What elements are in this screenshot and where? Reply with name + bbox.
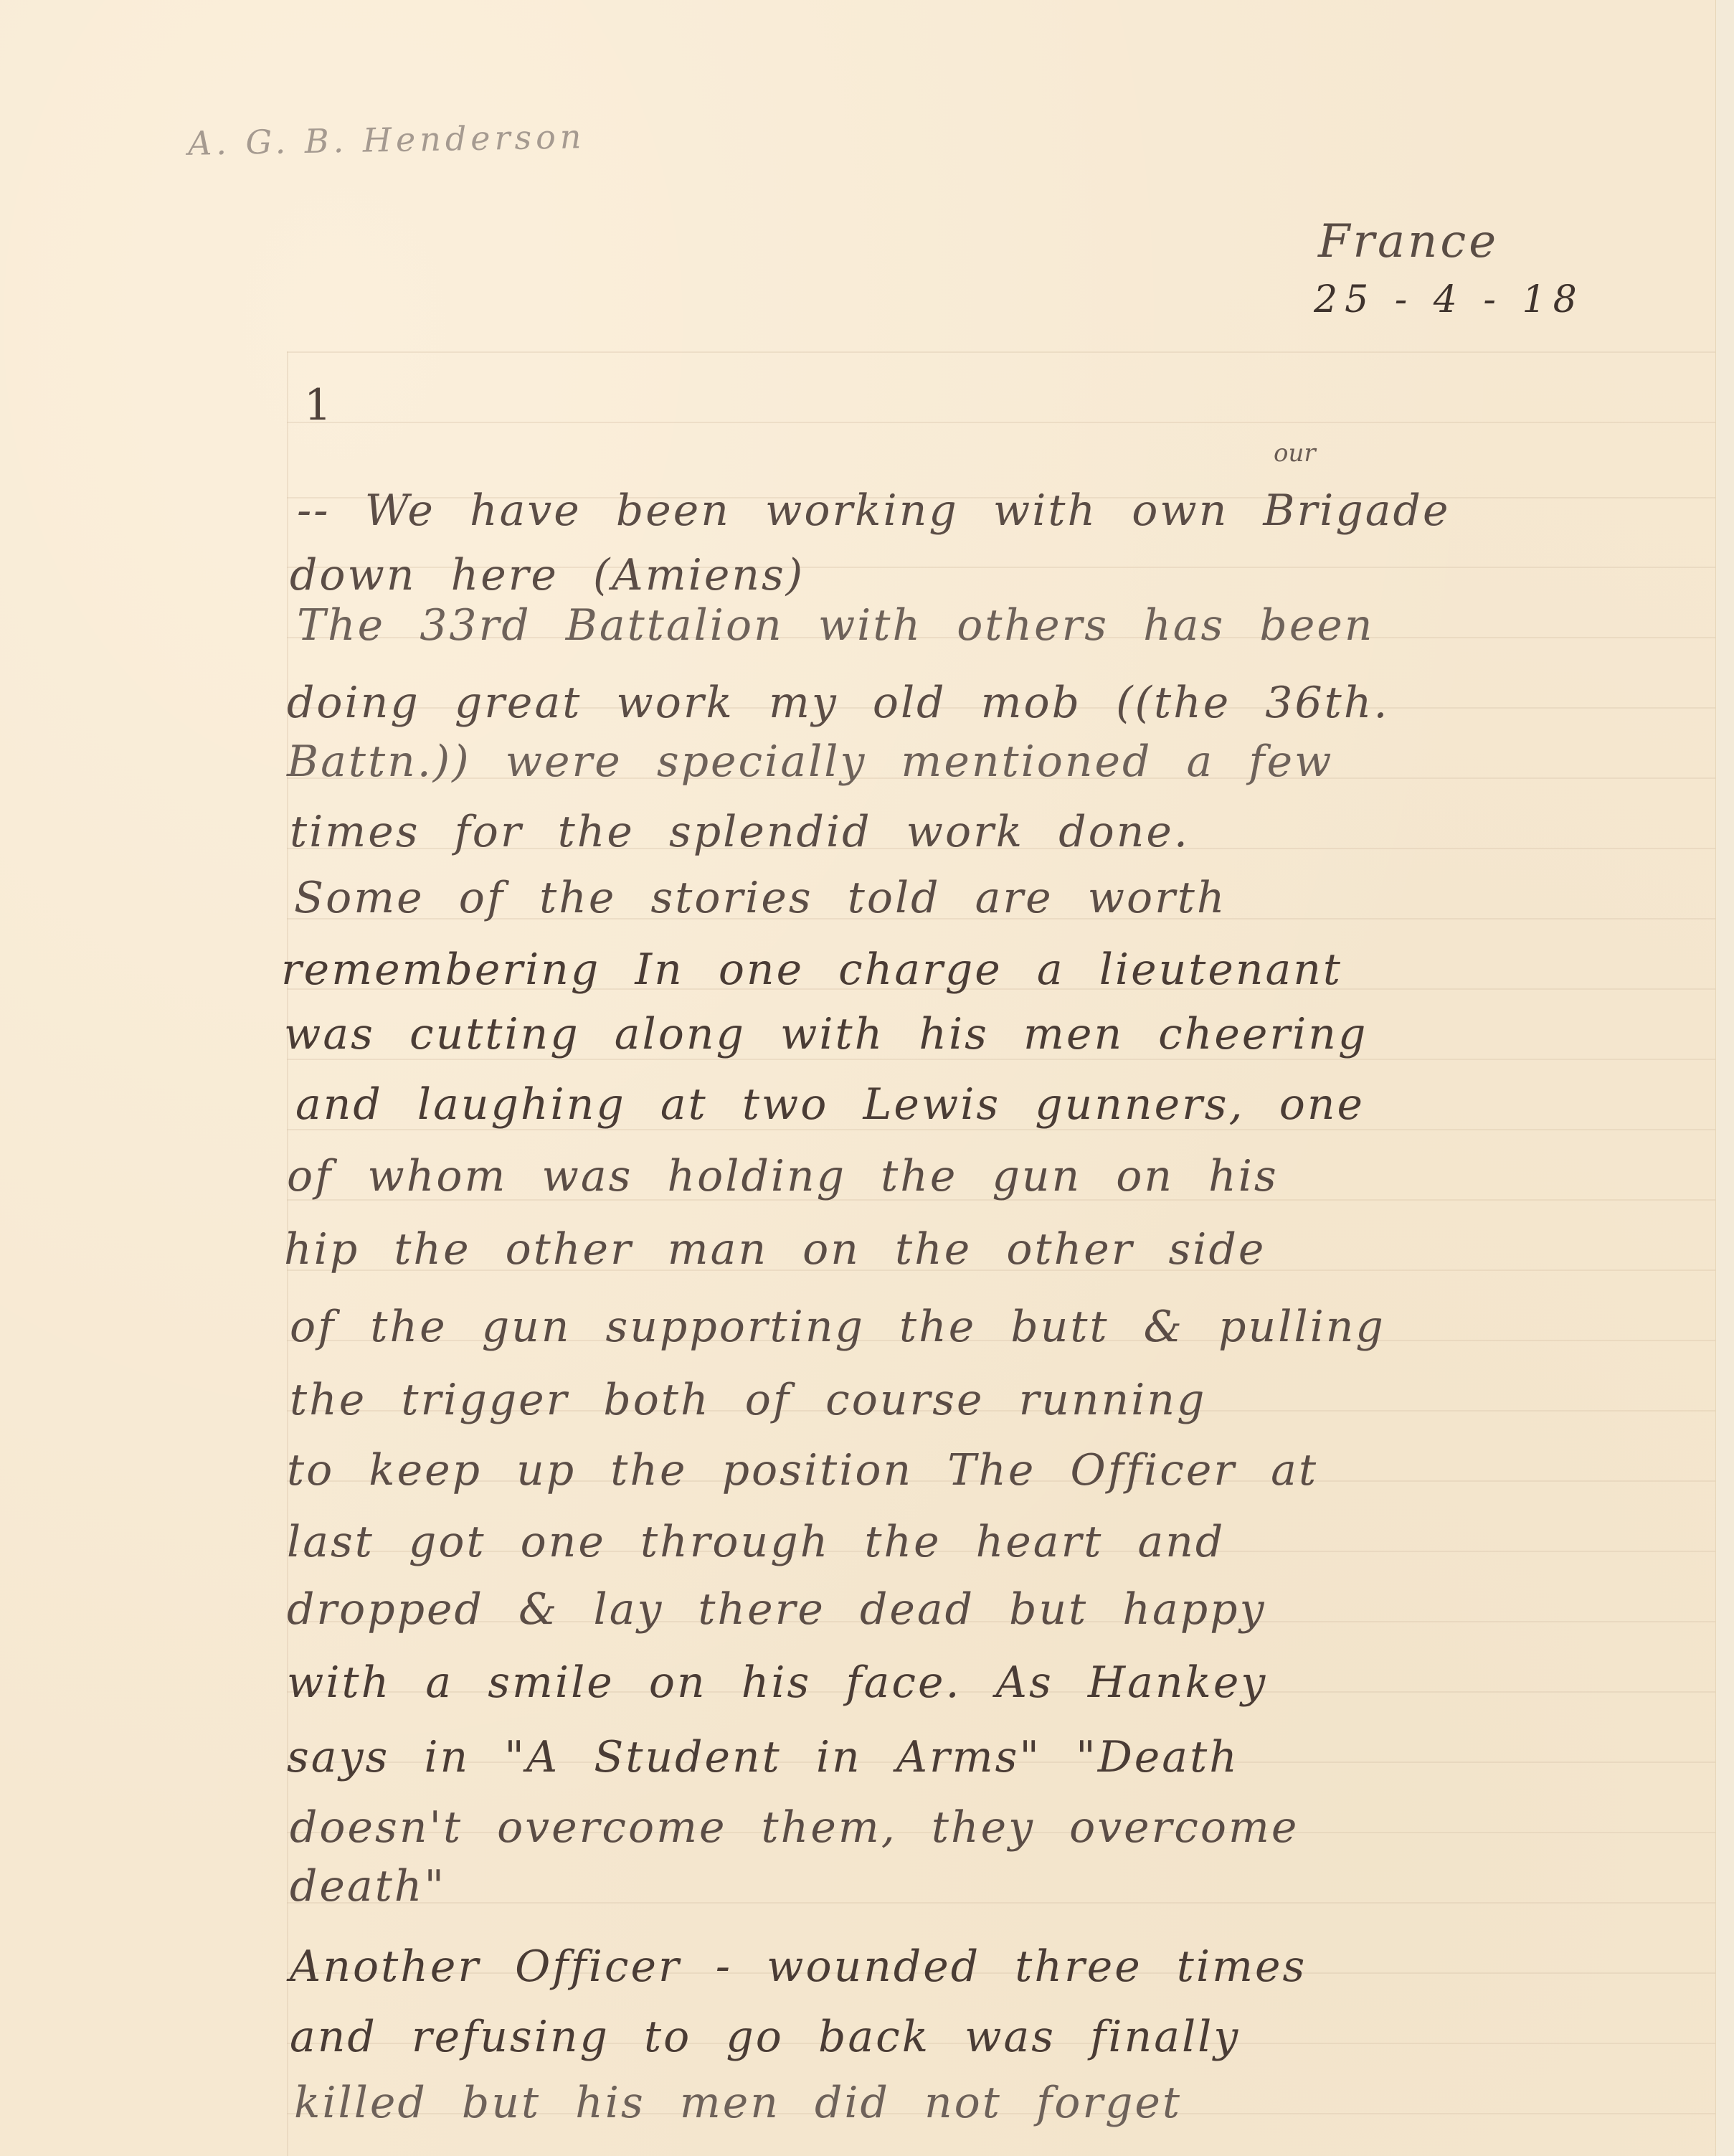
letter-line: doesn't overcome them, they overcome: [290, 1806, 1299, 1849]
letter-line: Another Officer - wounded three times: [290, 1945, 1307, 1988]
letter-line: times for the splendid work done.: [290, 810, 1190, 854]
letter-line: remembering In one charge a lieutenant: [281, 948, 1342, 991]
letter-line: killed but his men did not forget: [294, 2081, 1182, 2124]
letter-line: The 33rd Battalion with others has been: [297, 604, 1374, 647]
letter-date: 25 - 4 - 18: [1314, 278, 1584, 321]
letter-line: and refusing to go back was finally: [290, 2015, 1240, 2058]
letter-line: says in "A Student in Arms" "Death: [287, 1736, 1239, 1779]
letter-page: A. G. B. Henderson France 25 - 4 - 18 1 …: [0, 0, 1715, 2156]
page-edge: [1715, 0, 1734, 2156]
letter-line: of the gun supporting the butt & pulling: [290, 1305, 1385, 1348]
letter-line: doing great work my old mob ((the 36th.: [287, 681, 1389, 724]
letter-line: down here (Amiens): [290, 554, 805, 597]
pencil-annotation: A. G. B. Henderson: [188, 117, 586, 163]
letter-line: with a smile on his face. As Hankey: [287, 1661, 1267, 1704]
letter-line: death": [290, 1865, 446, 1908]
letter-line: last got one through the heart and: [287, 1521, 1225, 1564]
letter-line: and laughing at two Lewis gunners, one: [295, 1083, 1365, 1126]
letter-line: Some of the stories told are worth: [294, 876, 1227, 919]
letter-line: of whom was holding the gun on his: [287, 1155, 1279, 1198]
ruled-line: [287, 351, 1715, 353]
letter-line: -- We have been working with own Brigade: [297, 489, 1450, 532]
ruled-line: [287, 422, 1715, 423]
letter-line: Battn.)) were specially mentioned a few: [287, 740, 1333, 783]
ruled-line: [287, 1902, 1715, 1904]
letter-line: to keep up the position The Officer at: [287, 1449, 1318, 1492]
letter-line: dropped & lay there dead but happy: [287, 1588, 1266, 1631]
letter-line: was cutting along with his men cheering: [284, 1013, 1368, 1056]
inserted-word: our: [1274, 439, 1316, 468]
letter-line: the trigger both of course running: [290, 1379, 1206, 1422]
letter-place: France: [1318, 215, 1499, 268]
page-number: 1: [304, 380, 331, 430]
letter-line: hip the other man on the other side: [284, 1228, 1266, 1271]
